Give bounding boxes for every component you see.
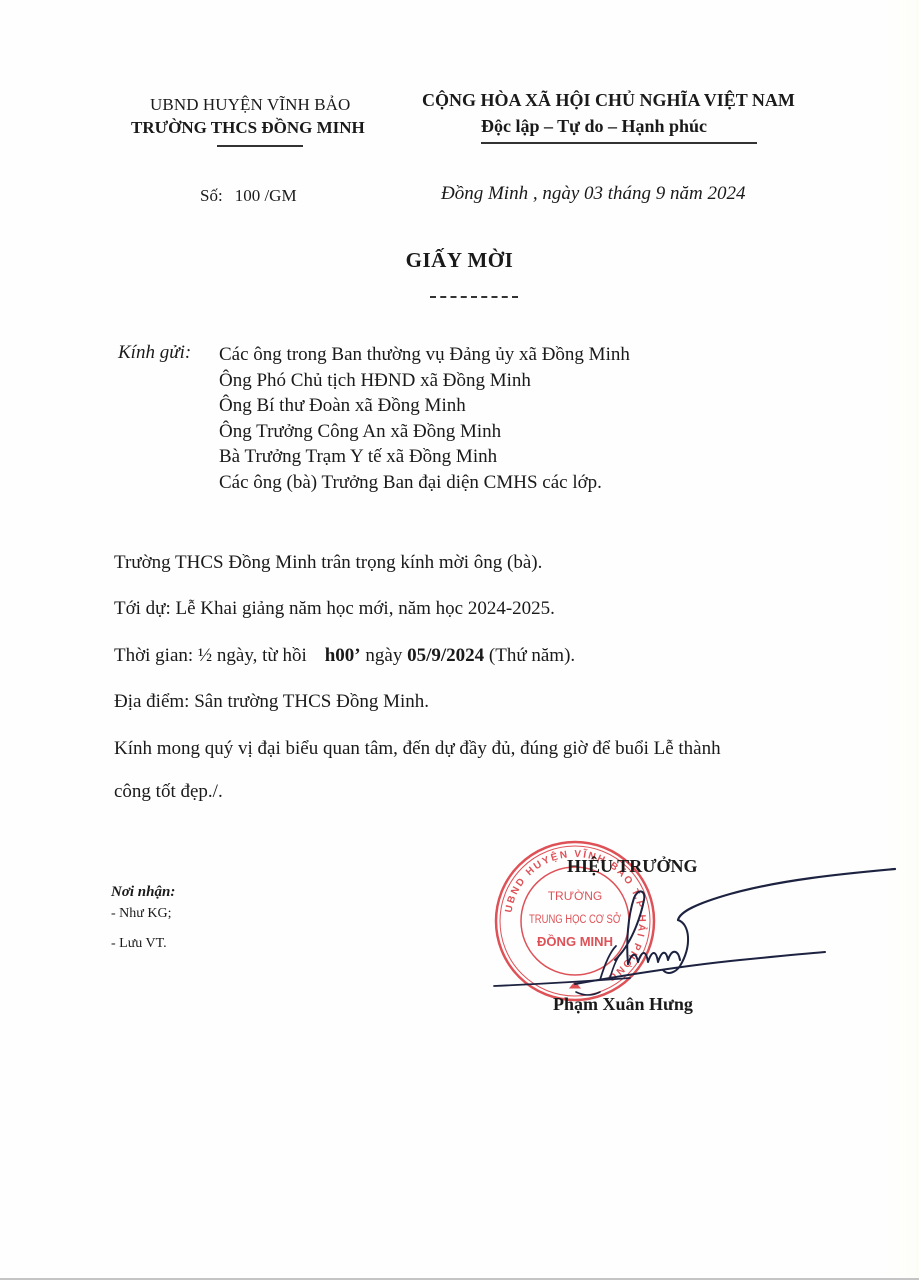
addressee-item: Ông Bí thư Đoàn xã Đồng Minh [219, 393, 630, 419]
addressee-item: Ông Phó Chủ tịch HĐND xã Đồng Minh [219, 368, 630, 394]
document-number-value: 100 /GM [235, 186, 297, 205]
addressee-item: Bà Trưởng Trạm Y tế xã Đồng Minh [219, 444, 630, 470]
document-title: GIẤY MỜI [0, 248, 919, 273]
recipients-footer-item: - Lưu VT. [111, 936, 167, 952]
document-number: Số:100 /GM [200, 186, 297, 206]
time-mid: ngày [365, 645, 402, 666]
recipients-footer-title: Nơi nhận: [111, 884, 175, 901]
addressee-item: Các ông trong Ban thường vụ Đảng ủy xã Đ… [219, 342, 630, 368]
time-suffix: (Thứ năm). [489, 645, 575, 666]
event-line: Tới dự: Lễ Khai giảng năm học mới, năm h… [114, 598, 555, 620]
document-number-label: Số: [200, 186, 223, 205]
issuing-authority: UBND HUYỆN VĨNH BẢO [150, 95, 350, 115]
addressees-list: Các ông trong Ban thường vụ Đảng ủy xã Đ… [219, 342, 630, 495]
document-page: UBND HUYỆN VĨNH BẢO TRƯỜNG THCS ĐỒNG MIN… [0, 0, 919, 1280]
time-line: Thời gian: ½ ngày, từ hồih00’ ngày 05/9/… [114, 645, 575, 667]
closing-line: Kính mong quý vị đại biểu quan tâm, đến … [114, 738, 721, 760]
closing-line-continued: công tốt đẹp./. [114, 781, 223, 803]
location-line: Địa điểm: Sân trường THCS Đồng Minh. [114, 691, 429, 713]
handwritten-signature-icon [480, 860, 900, 1000]
invitation-line: Trường THCS Đồng Minh trân trọng kính mờ… [114, 552, 542, 574]
title-separator [430, 296, 518, 298]
addressees-label: Kính gửi: [118, 342, 191, 364]
time-hour: h00’ [325, 645, 361, 666]
motto-underline [481, 142, 757, 144]
time-date: 05/9/2024 [407, 645, 484, 666]
national-title: CỘNG HÒA XÃ HỘI CHỦ NGHĨA VIỆT NAM [422, 90, 795, 111]
addressee-item: Ông Trưởng Công An xã Đồng Minh [219, 419, 630, 445]
time-prefix: Thời gian: ½ ngày, từ hồi [114, 645, 307, 666]
recipients-footer-item: - Như KG; [111, 906, 171, 922]
document-date: Đồng Minh , ngày 03 tháng 9 năm 2024 [441, 183, 746, 205]
issuing-organization: TRƯỜNG THCS ĐỒNG MINH [131, 118, 365, 138]
addressee-item: Các ông (bà) Trưởng Ban đại diện CMHS cá… [219, 470, 630, 496]
organization-underline [217, 145, 303, 147]
national-motto: Độc lập – Tự do – Hạnh phúc [481, 116, 707, 137]
